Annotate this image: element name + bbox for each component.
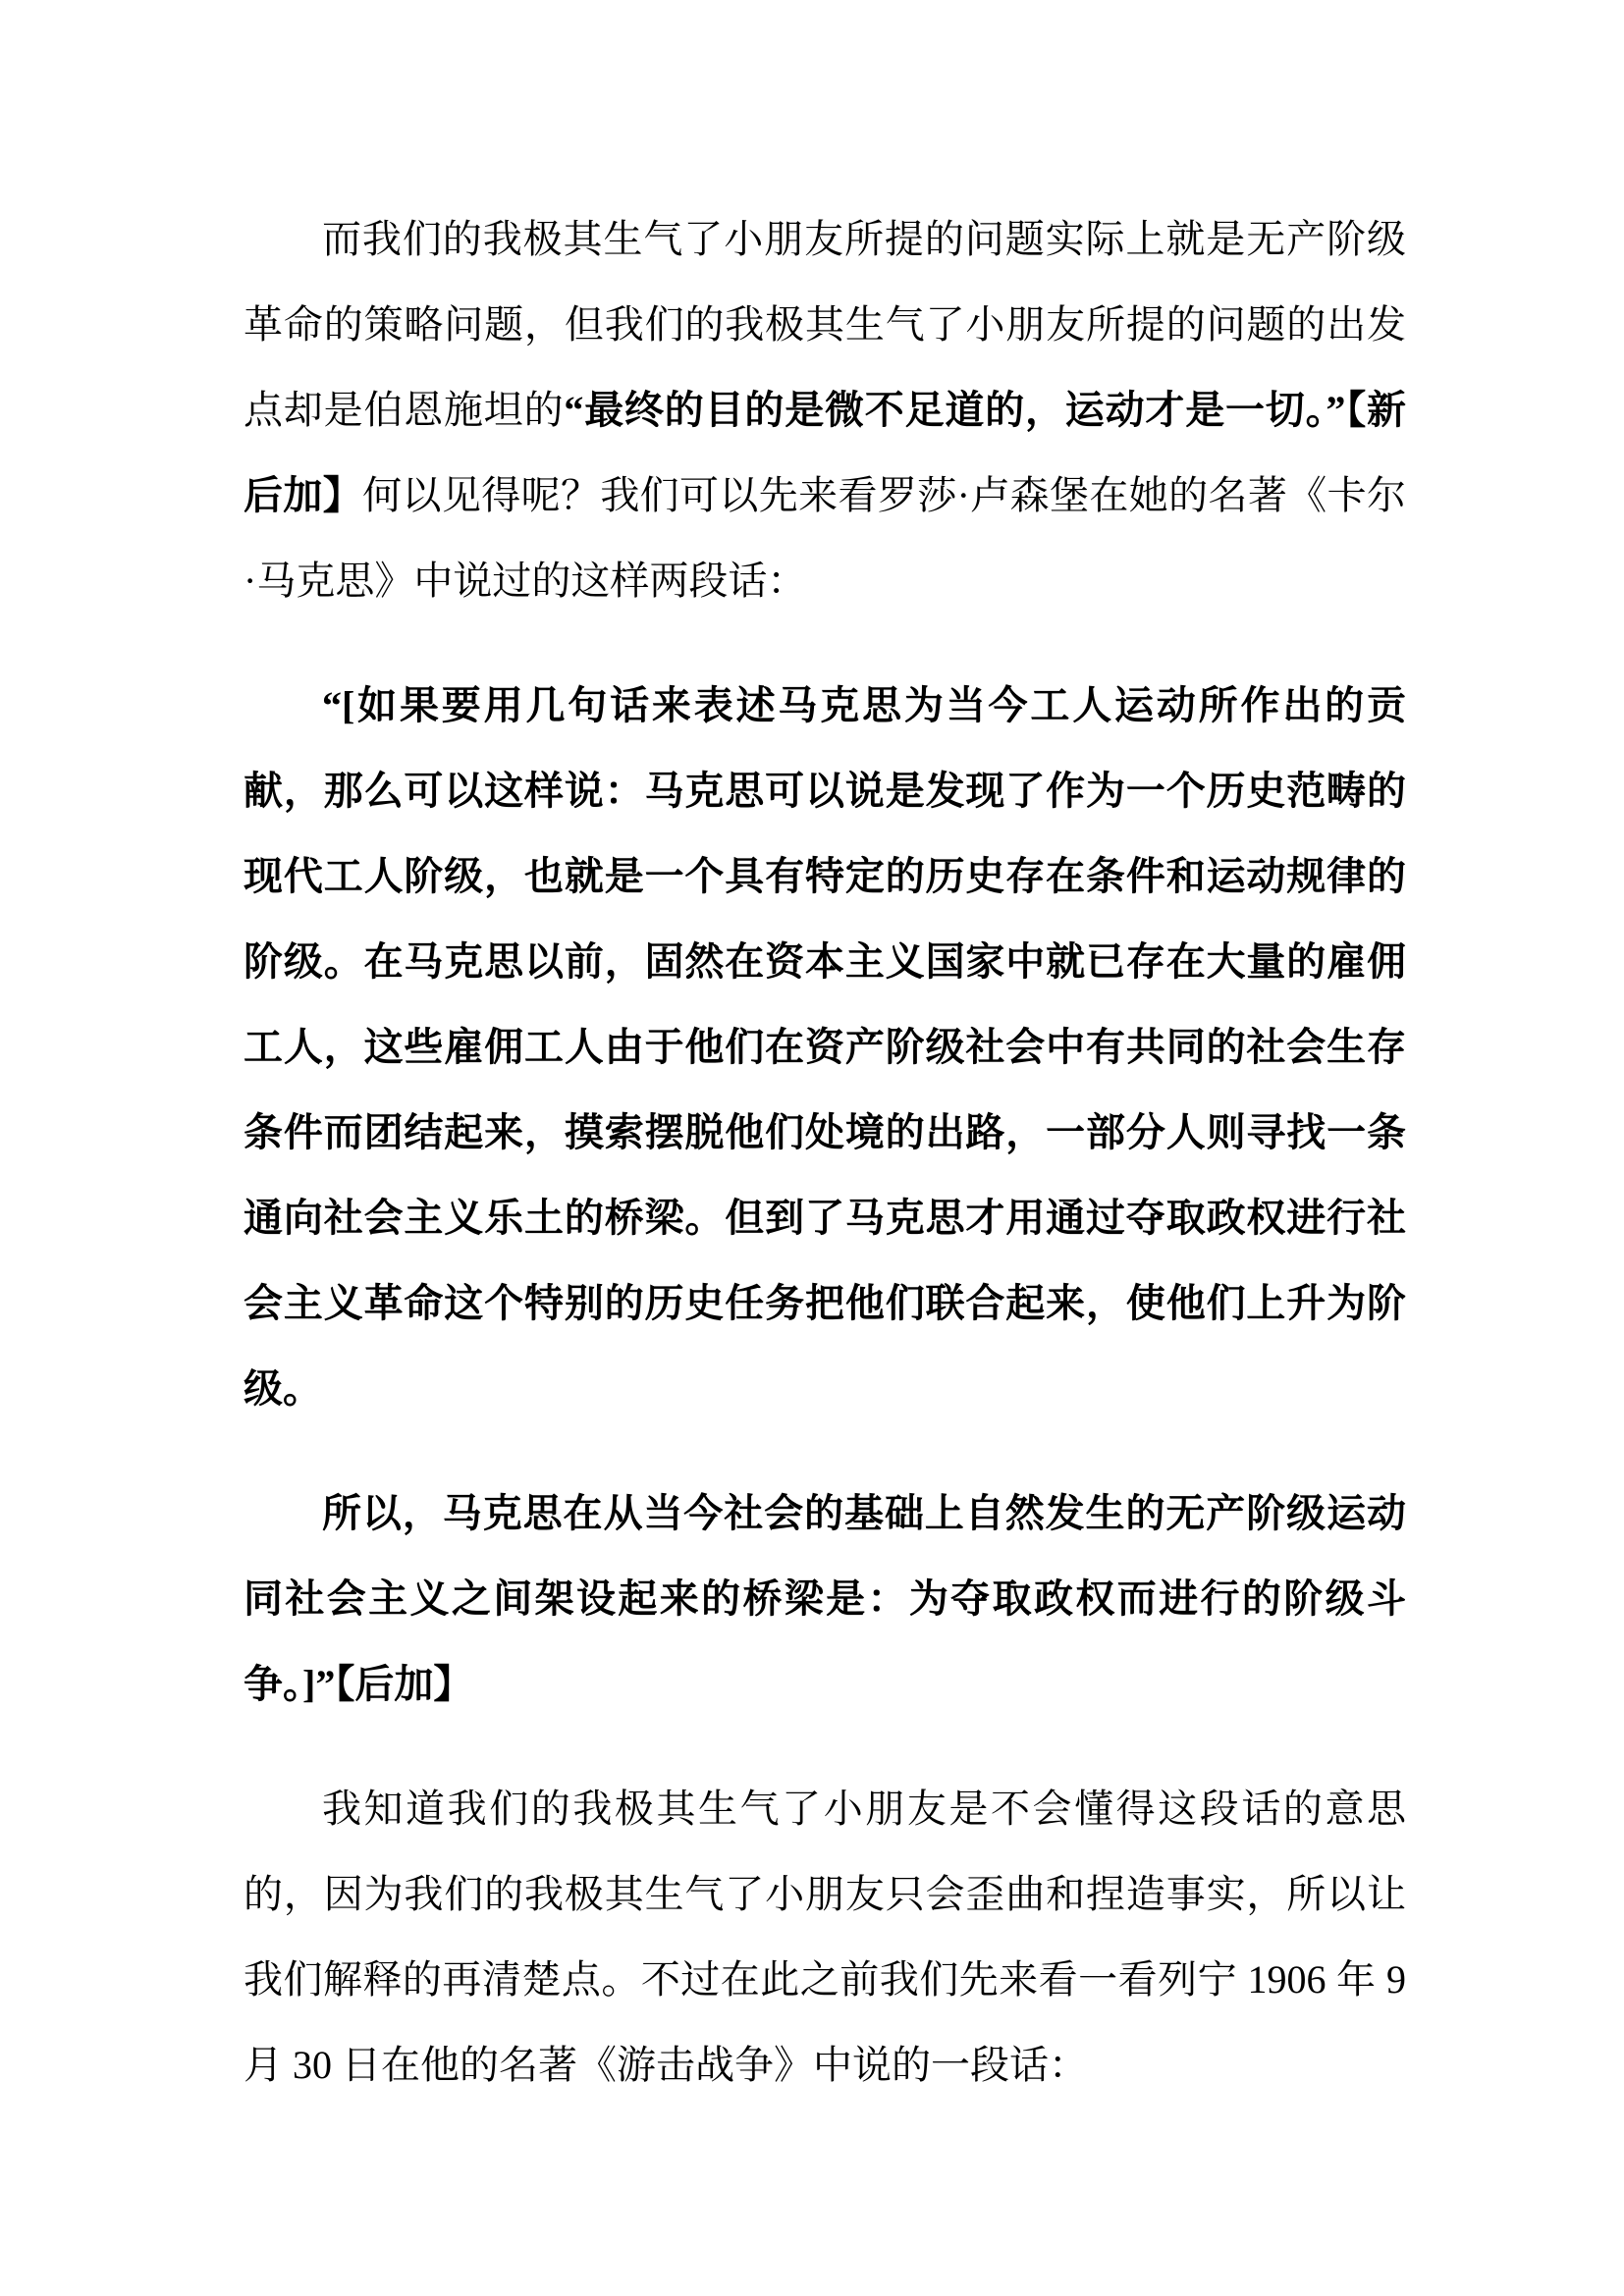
- closing-paragraph: 我知道我们的我极其生气了小朋友是不会懂得这段话的意思的，因为我们的我极其生气了小…: [244, 1766, 1406, 2108]
- luxemburg-quote-paragraph-1: “[如果要用几句话来表述马克思为当今工人运动所作出的贡献，那么可以这样说：马克思…: [244, 663, 1406, 1431]
- text-run: “[如果要用几句话来表述马克思为当今工人运动所作出的贡献，那么可以这样说：马克思…: [244, 683, 1406, 1411]
- text-run: 所以，马克思在从当今社会的基础上自然发生的无产阶级运动同社会主义之间架设起来的桥…: [244, 1491, 1406, 1706]
- document-body: 而我们的我极其生气了小朋友所提的问题实际上就是无产阶级革命的策略问题，但我们的我…: [244, 196, 1406, 2108]
- luxemburg-quote-paragraph-2: 所以，马克思在从当今社会的基础上自然发生的无产阶级运动同社会主义之间架设起来的桥…: [244, 1470, 1406, 1727]
- text-run: 我知道我们的我极其生气了小朋友是不会懂得这段话的意思的，因为我们的我极其生气了小…: [244, 1787, 1406, 2087]
- document-page: 而我们的我极其生气了小朋友所提的问题实际上就是无产阶级革命的策略问题，但我们的我…: [0, 0, 1624, 2296]
- intro-paragraph: 而我们的我极其生气了小朋友所提的问题实际上就是无产阶级革命的策略问题，但我们的我…: [244, 196, 1406, 623]
- text-run: 何以见得呢？我们可以先来看罗莎·卢森堡在她的名著《卡尔·马克思》中说过的这样两段…: [244, 473, 1406, 603]
